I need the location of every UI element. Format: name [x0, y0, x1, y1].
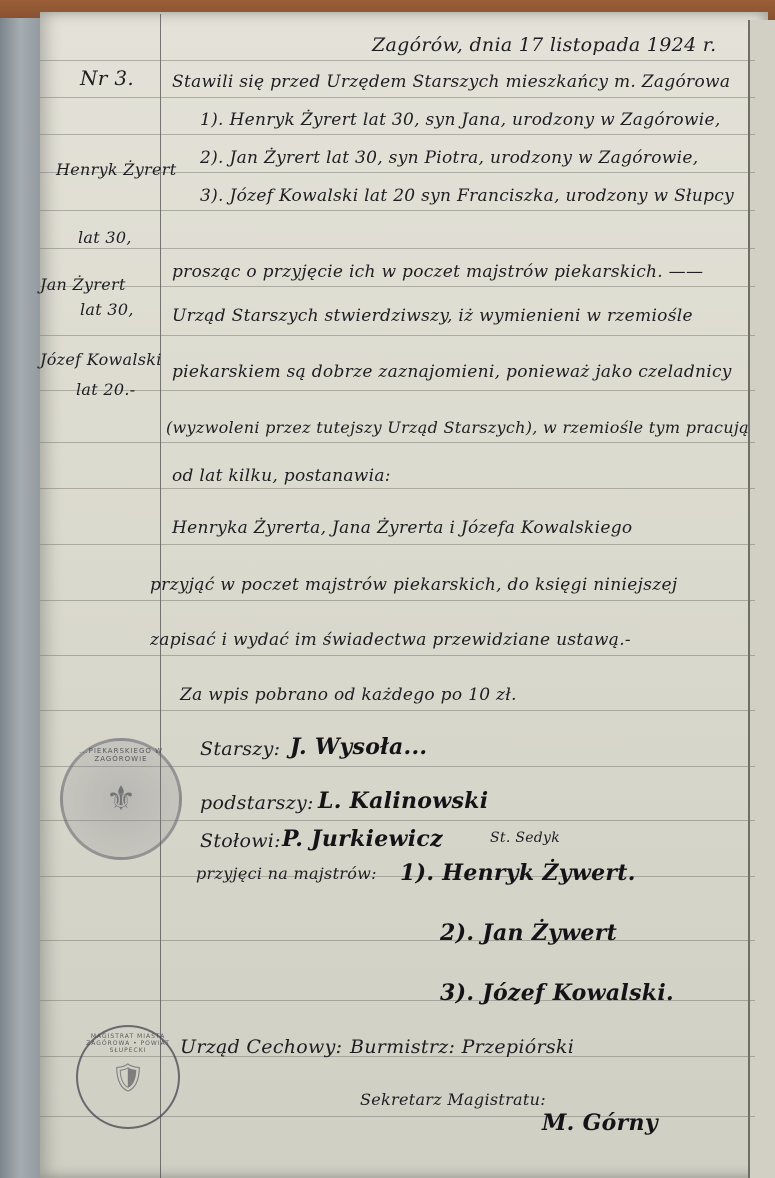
- ruled-line: [40, 655, 755, 656]
- ruled-line: [40, 248, 755, 249]
- body-line: Za wpis pobrano od każdego po 10 zł.: [180, 685, 517, 705]
- entry-number: Nr 3.: [80, 66, 134, 90]
- ruled-line: [40, 286, 755, 287]
- secretary-signature: M. Górny: [542, 1110, 658, 1136]
- ruled-line: [40, 488, 755, 489]
- body-line: piekarskiem są dobrze zaznajomieni, poni…: [172, 362, 732, 382]
- body-line: przyjąć w poczet majstrów piekarskich, d…: [150, 575, 677, 595]
- body-line: 2). Jan Żyrert lat 30, syn Piotra, urodz…: [200, 148, 698, 168]
- margin-name: Henryk Żyrert: [56, 160, 176, 179]
- ruled-line: [40, 97, 755, 98]
- ruled-line: [40, 390, 755, 391]
- margin-name: Jan Żyrert: [40, 275, 126, 294]
- mayor-signature: Burmistrz: Przepiórski: [350, 1036, 574, 1058]
- margin-line: [160, 14, 161, 1178]
- accepted-signature: 3). Józef Kowalski.: [440, 980, 674, 1006]
- secretary-label: Sekretarz Magistratu:: [360, 1090, 546, 1109]
- body-line: 3). Józef Kowalski lat 20 syn Franciszka…: [200, 186, 734, 206]
- accepted-label: przyjęci na majstrów:: [196, 864, 377, 883]
- body-line: zapisać i wydać im świadectwa przewidzia…: [150, 630, 631, 650]
- podstarszy-label: podstarszy:: [200, 792, 314, 814]
- ruled-line: [40, 60, 755, 61]
- margin-name: Józef Kowalski: [40, 350, 162, 369]
- body-line: 1). Henryk Żyrert lat 30, syn Jana, urod…: [200, 110, 721, 130]
- margin-age: lat 20.-: [76, 380, 135, 399]
- guild-seal-stamp: ...PIEKARSKIEGO W ZAGÓROWIE ⚜: [60, 738, 182, 860]
- stolowi-signature: P. Jurkiewicz: [282, 826, 443, 852]
- office-label: Urząd Cechowy:: [180, 1036, 342, 1058]
- starszy-signature: J. Wysoła...: [290, 734, 427, 760]
- stamp-text: MAGISTRAT MIASTA ZAGÓROWA • POWIAT SŁUPE…: [78, 1033, 178, 1054]
- body-line: Urząd Starszych stwierdziwszy, iż wymien…: [172, 306, 693, 326]
- ruled-line: [40, 600, 755, 601]
- ruled-line: [40, 940, 755, 941]
- margin-age: lat 30,: [80, 300, 134, 319]
- accepted-signature: 2). Jan Żywert: [440, 920, 617, 946]
- stolowi-label: Stołowi:: [200, 830, 281, 852]
- next-page-edge: [748, 20, 775, 1178]
- seal-emblem-icon: ⚜: [106, 779, 136, 819]
- accepted-signature: 1). Henryk Żywert.: [400, 860, 636, 886]
- ruled-line: [40, 134, 755, 135]
- body-line: Stawili się przed Urzędem Starszych mies…: [172, 72, 730, 92]
- body-line: prosząc o przyjęcie ich w poczet majstró…: [172, 262, 703, 282]
- body-line: od lat kilku, postanawia:: [172, 466, 391, 486]
- ruled-line: [40, 442, 755, 443]
- stolowi-extra-signature: St. Sedyk: [490, 830, 560, 846]
- ruled-line: [40, 876, 755, 877]
- body-line: (wyzwoleni przez tutejszy Urząd Starszyc…: [166, 418, 749, 437]
- municipal-seal-stamp: MAGISTRAT MIASTA ZAGÓROWA • POWIAT SŁUPE…: [76, 1025, 180, 1129]
- date-line: Zagórów, dnia 17 listopada 1924 r.: [372, 34, 716, 56]
- coat-of-arms-icon: 🛡: [110, 1061, 146, 1094]
- stamp-text: ...PIEKARSKIEGO W ZAGÓROWIE: [63, 747, 179, 763]
- podstarszy-signature: L. Kalinowski: [318, 788, 488, 814]
- book-binding: [0, 18, 44, 1178]
- starszy-label: Starszy:: [200, 738, 280, 760]
- ruled-line: [40, 710, 755, 711]
- ruled-line: [40, 544, 755, 545]
- margin-age: lat 30,: [78, 228, 132, 247]
- ruled-line: [40, 210, 755, 211]
- body-line: Henryka Żyrerta, Jana Żyrerta i Józefa K…: [172, 518, 632, 538]
- ruled-line: [40, 335, 755, 336]
